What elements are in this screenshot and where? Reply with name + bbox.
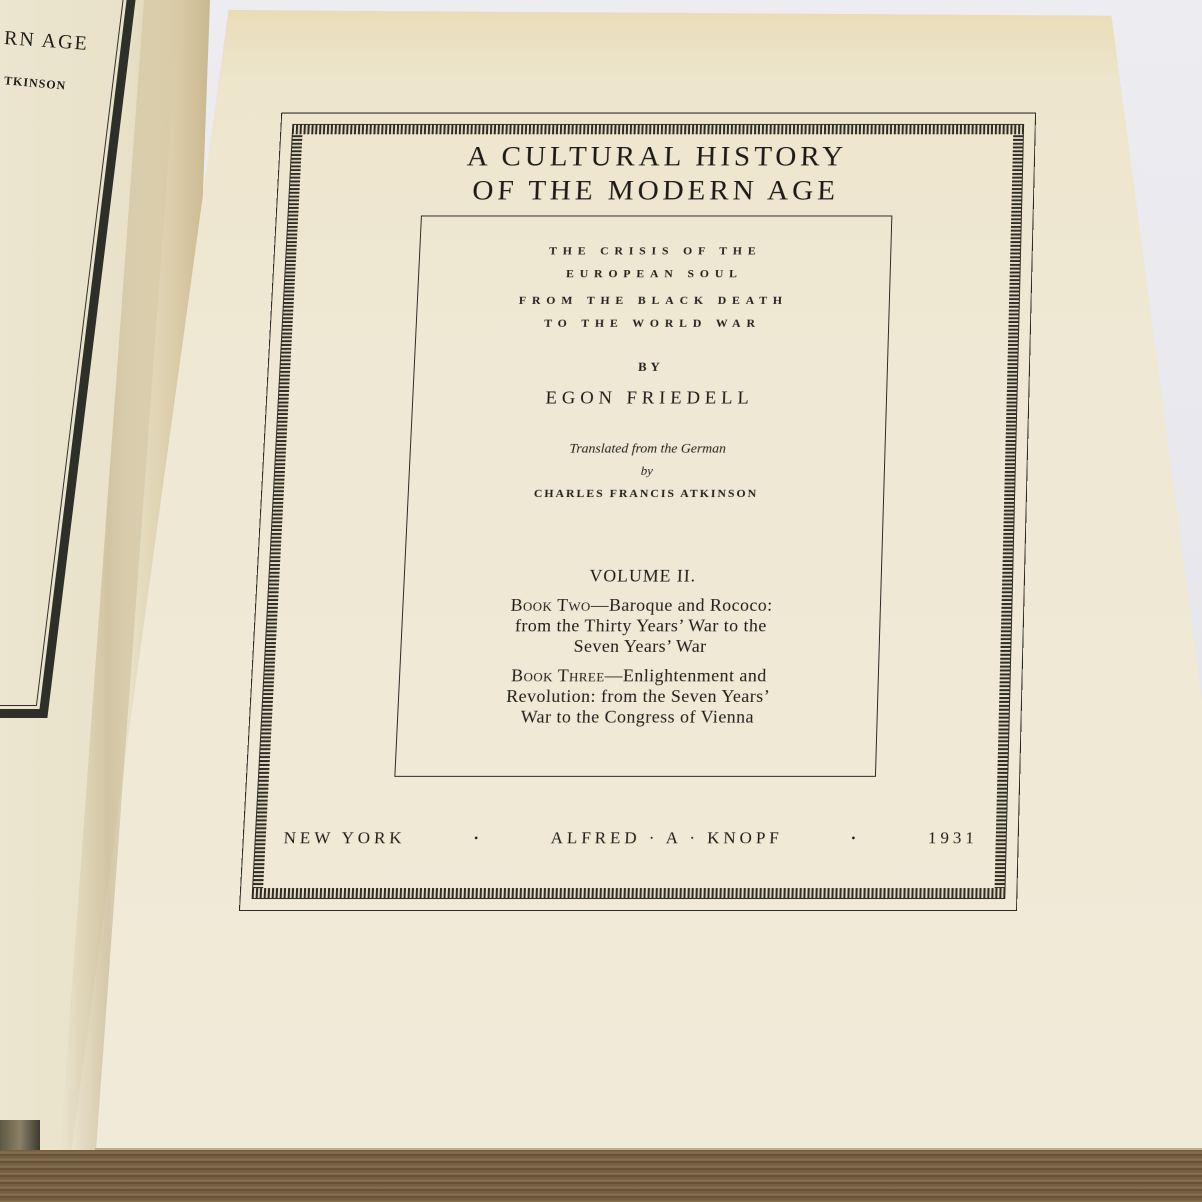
subtitle-line: FROM THE BLACK DEATH xyxy=(417,289,889,312)
imprint-line: NEW YORK · ALFRED · A · KNOPF · 1931 xyxy=(283,828,978,848)
author-name: EGON FRIEDELL xyxy=(413,388,887,409)
inner-text-box: THE CRISIS OF THE EUROPEAN SOUL FROM THE… xyxy=(394,216,892,777)
subtitle-line: TO THE WORLD WAR xyxy=(416,312,888,335)
book-two-line1: Baroque and Rococo: xyxy=(609,595,773,615)
volume-label: VOLUME II. xyxy=(404,566,881,586)
subtitle-line: THE CRISIS OF THE xyxy=(420,239,891,262)
title-line-2: OF THE MODERN AGE xyxy=(277,174,1033,208)
translation-note: Translated from the German xyxy=(410,442,884,457)
title-page-frame: A CULTURAL HISTORY OF THE MODERN AGE THE… xyxy=(240,114,1035,910)
book-three-line3: War to the Congress of Vienna xyxy=(418,707,858,728)
book-three-line2: Revolution: from the Seven Years’ xyxy=(418,686,857,707)
separator-dot: · xyxy=(473,828,484,848)
title-line-1: A CULTURAL HISTORY xyxy=(279,140,1034,174)
book-two-description: Book Two—Baroque and Rococo: from the Th… xyxy=(421,595,861,657)
book-two-label: Book Two xyxy=(510,595,591,615)
imprint-year: 1931 xyxy=(928,828,978,848)
by-lower-label: by xyxy=(409,463,884,478)
book-three-description: Book Three—Enlightenment and Revolution:… xyxy=(418,666,859,728)
dash: — xyxy=(604,666,623,686)
book-three-line1: Enlightenment and xyxy=(623,666,767,686)
book-title: A CULTURAL HISTORY OF THE MODERN AGE xyxy=(277,140,1034,208)
subtitle-line: EUROPEAN SOUL xyxy=(419,262,890,285)
subtitle: THE CRISIS OF THE EUROPEAN SOUL FROM THE… xyxy=(416,239,890,334)
translator-name: CHARLES FRANCIS ATKINSON xyxy=(408,486,883,501)
page-block-edges xyxy=(0,1150,1202,1202)
dash: — xyxy=(590,595,609,615)
separator-dot: · xyxy=(850,828,860,848)
book-three-label: Book Three xyxy=(511,666,605,686)
imprint-publisher: ALFRED · A · KNOPF xyxy=(550,828,783,848)
book-two-line3: Seven Years’ War xyxy=(421,636,859,657)
by-label: BY xyxy=(414,359,887,374)
book-two-line2: from the Thirty Years’ War to the xyxy=(422,616,860,637)
imprint-city: NEW YORK xyxy=(283,828,406,848)
